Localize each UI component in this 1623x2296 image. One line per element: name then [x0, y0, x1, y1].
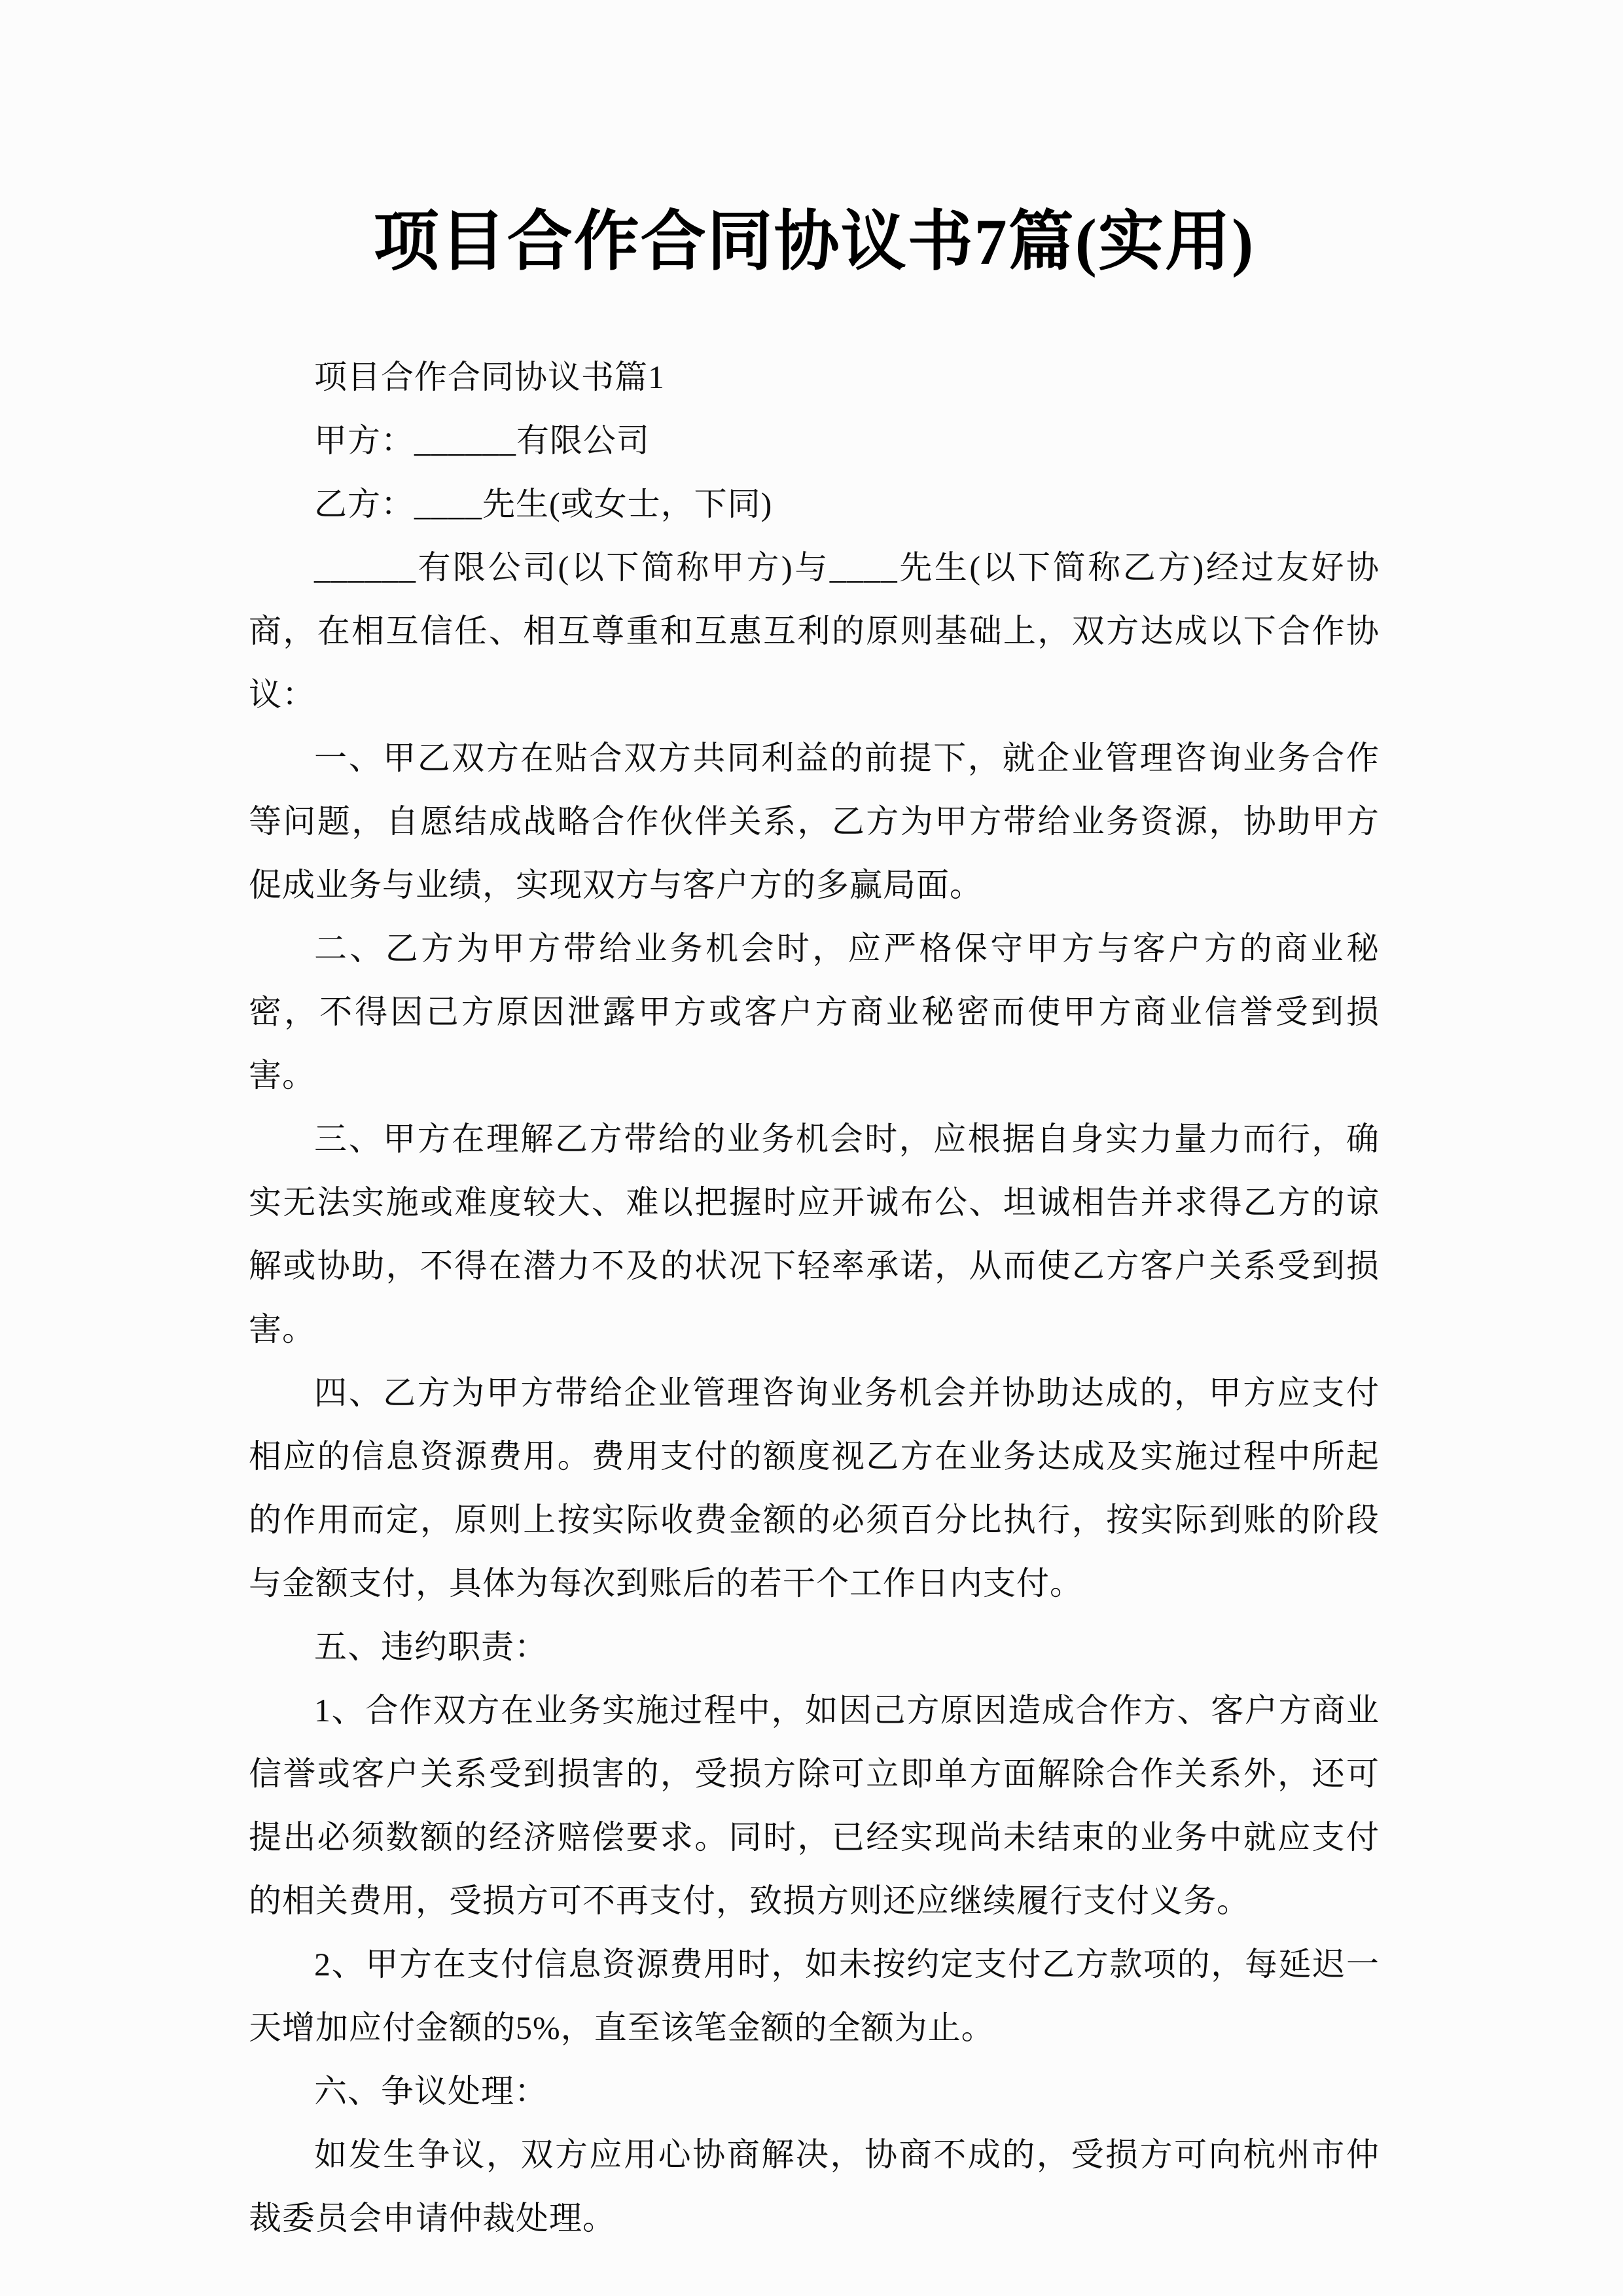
clause-3: 三、甲方在理解乙方带给的业务机会时，应根据自身实力量力而行，确实无法实施或难度较…: [249, 1107, 1380, 1361]
clause-5-heading: 五、违约职责：: [249, 1615, 1380, 1679]
document-page: 项目合作合同协议书7篇(实用) 项目合作合同协议书篇1 甲方：______有限公…: [0, 0, 1623, 2296]
clause-4: 四、乙方为甲方带给企业管理咨询业务机会并协助达成的，甲方应支付相应的信息资源费用…: [249, 1361, 1380, 1615]
document-title: 项目合作合同协议书7篇(实用): [249, 202, 1380, 283]
clause-6-heading: 六、争议处理：: [249, 2060, 1380, 2123]
clause-5-item-1: 1、合作双方在业务实施过程中，如因己方原因造成合作方、客户方商业信誉或客户关系受…: [249, 1679, 1380, 1933]
party-b-line: 乙方：____先生(或女士，下同): [249, 473, 1380, 536]
clause-5-item-2: 2、甲方在支付信息资源费用时，如未按约定支付乙方款项的，每延迟一天增加应付金额的…: [249, 1933, 1380, 2060]
document-body: 项目合作合同协议书篇1 甲方：______有限公司 乙方：____先生(或女士，…: [249, 346, 1380, 2250]
clause-1: 一、甲乙双方在贴合双方共同利益的前提下，就企业管理咨询业务合作等问题，自愿结成战…: [249, 726, 1380, 917]
party-a-line: 甲方：______有限公司: [249, 409, 1380, 473]
clause-6-text: 如发生争议，双方应用心协商解决，协商不成的，受损方可向杭州市仲裁委员会申请仲裁处…: [249, 2123, 1380, 2250]
clause-2: 二、乙方为甲方带给业务机会时，应严格保守甲方与客户方的商业秘密，不得因己方原因泄…: [249, 917, 1380, 1107]
section-heading-part1: 项目合作合同协议书篇1: [249, 346, 1380, 409]
preamble-paragraph: ______有限公司(以下简称甲方)与____先生(以下简称乙方)经过友好协商，…: [249, 536, 1380, 726]
